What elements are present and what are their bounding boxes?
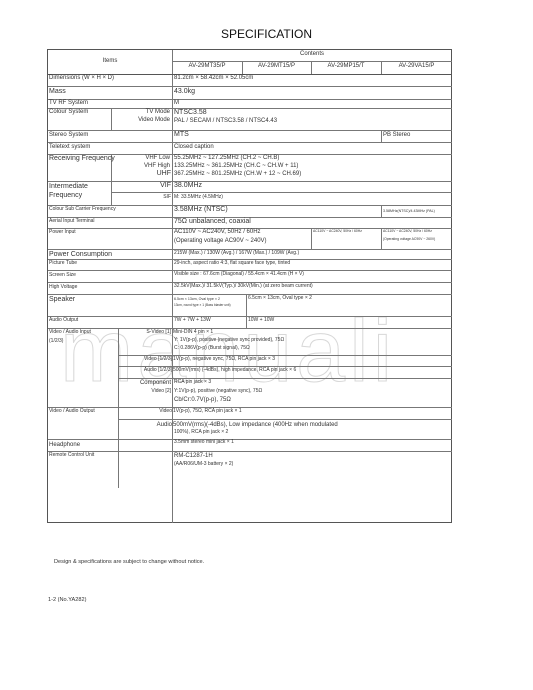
- divider: [118, 419, 452, 420]
- value-vif: 38.0MHz: [174, 182, 202, 190]
- divider: [48, 451, 452, 452]
- header-model-3: AV-29MP15/T: [311, 63, 381, 70]
- value-power-input-va-1: AC110V ~ AC240V, 50Hz / 60Hz: [383, 230, 432, 234]
- divider: [172, 50, 173, 523]
- value-video-output: 1V(p-p), 75Ω, RCA pin jack × 1: [173, 409, 242, 415]
- specification-table: Items Contents AV-29MT35/P AV-29MT15/P A…: [47, 49, 452, 523]
- value-svideo-3: C: 0.286V(p-p) (Burst signal), 75Ω: [174, 346, 250, 352]
- divider: [111, 192, 452, 193]
- value-audio-output-2: 100%), RCA pin jack × 2: [174, 430, 228, 436]
- page-title: SPECIFICATION: [0, 27, 533, 41]
- divider: [118, 378, 452, 379]
- row-label-intermediate-1: Intermediate: [49, 183, 88, 191]
- divider: [48, 130, 452, 131]
- divider: [48, 328, 452, 329]
- value-picture-tube: 29-inch, aspect ratio 4:3, flat square f…: [174, 261, 290, 267]
- value-component-2: Y:1V(p-p), positive (negative sync), 75Ω: [174, 389, 262, 395]
- row-label-power-input: Power Input: [49, 230, 76, 236]
- value-mass: 43.0kg: [174, 88, 195, 96]
- sub-label-uhf: UHF: [111, 170, 171, 178]
- value-vhf-low: 55.25MHz ~ 127.25MHz (CH.2 ~ CH.B): [174, 155, 279, 162]
- sub-label-vif: VIF: [111, 182, 171, 190]
- row-label-headphone: Headphone: [49, 442, 80, 449]
- header-items: Items: [48, 58, 172, 65]
- row-label-mass: Mass: [49, 88, 66, 96]
- value-power-input-mp: AC110V ~ AC240V, 50Hz / 60Hz: [313, 230, 362, 234]
- row-label-aerial: Aerial Input Terminal: [49, 219, 95, 225]
- row-label-teletext: Teletext system: [49, 144, 90, 151]
- value-audio-output: 7W + 7W + 13W: [174, 318, 211, 324]
- row-label-remote: Remote Control Unit: [49, 453, 94, 459]
- sub-label-video-output: Video: [118, 409, 172, 415]
- value-remote-1: RM-C1287-1H: [174, 453, 213, 460]
- header-model-1: AV-29MT35/P: [172, 63, 242, 70]
- value-dimensions: 81.2cm × 58.42cm × 52.05cm: [174, 75, 253, 82]
- divider: [48, 181, 452, 182]
- value-audio-output-other: 10W + 10W: [248, 318, 274, 324]
- sub-label-video-mode: Video Mode: [111, 117, 170, 124]
- value-component-1: RCA pin jack × 3: [174, 380, 211, 386]
- divider: [381, 130, 382, 142]
- header-contents: Contents: [172, 51, 452, 58]
- row-label-dimensions: Dimensions (W × H × D): [49, 75, 114, 82]
- divider: [48, 108, 452, 109]
- row-label-picture-tube: Picture Tube: [49, 261, 77, 267]
- row-label-va-output: Video / Audio Output: [49, 409, 95, 415]
- sub-label-vhf-low: VHF Low: [111, 155, 170, 162]
- value-stereo: MTS: [174, 131, 189, 139]
- sub-label-video-input: Video [1/2/3]: [118, 357, 172, 363]
- value-component-3: Cb/Cr:0.7V(p-p), 75Ω: [174, 397, 231, 404]
- row-label-intermediate-2: Frequency: [49, 192, 82, 200]
- value-video-input: 1V(p-p), negative sync, 75Ω, RCA pin jac…: [173, 357, 275, 363]
- sub-label-audio-input: Audio [1/2/3]: [118, 368, 172, 374]
- sub-label-sif: SIF: [111, 195, 171, 201]
- sub-label-component-1: Component: [118, 380, 171, 387]
- value-screen-size: Visible size : 67.6cm (Diagonal) / 55.4c…: [174, 272, 304, 278]
- value-high-voltage: 32.5kV(Max.)/ 31.5kV(Typ.)/ 30kV(Min.) (…: [174, 284, 313, 290]
- value-svideo-1: Mini-DIN 4 pin × 1: [173, 330, 213, 336]
- value-vhf-high: 133.25MHz ~ 361.25MHz (CH.C ~ CH.W + 11): [174, 163, 298, 170]
- row-label-high-voltage: High Voltage: [49, 285, 77, 291]
- row-label-speaker: Speaker: [49, 296, 75, 304]
- divider: [246, 294, 247, 328]
- sub-label-vhf-high: VHF High: [111, 163, 170, 170]
- header-model-2: AV-29MT15/P: [242, 63, 311, 70]
- divider: [311, 228, 312, 249]
- value-video-mode: PAL / SECAM / NTSC3.58 / NTSC4.43: [174, 118, 277, 125]
- header-model-4: AV-29VA15/P: [381, 63, 452, 70]
- sub-label-component-2: Video [2]: [118, 389, 171, 395]
- value-colour-sub-va: 3.58MHz(NTSC)/4.43MHz (PAL): [383, 209, 435, 213]
- value-tv-mode: NTSC3.58: [174, 109, 207, 117]
- value-headphone: 3.5mm stereo mini jack × 1: [174, 440, 234, 446]
- value-power-input-2: (Operating voltage AC90V ~ 240V): [174, 238, 267, 245]
- divider: [381, 205, 382, 217]
- value-speaker-1: 6.5cm × 13cm, Oval type × 2: [174, 297, 220, 301]
- footnote: Design & specifications are subject to c…: [54, 559, 204, 565]
- value-tv-rf: M: [174, 100, 179, 107]
- divider: [48, 86, 452, 87]
- row-label-screen-size: Screen Size: [49, 273, 76, 279]
- sub-label-audio-output: Audio: [118, 422, 172, 429]
- divider: [48, 99, 452, 100]
- sub-label-tv-mode: TV Mode: [111, 109, 170, 116]
- divider: [172, 61, 452, 62]
- value-speaker-2: 13cm, round type × 1 (Bass blaster unit): [174, 304, 231, 308]
- row-label-va-input-2: (1/2/3): [49, 339, 63, 345]
- value-audio-input: 500mV(rms) (-4dBs), high impedance, RCA …: [173, 368, 296, 374]
- value-svideo-2: Y: 1V(p-p), positive (negative sync prov…: [174, 338, 284, 344]
- row-label-va-input-1: Video / Audio Input: [49, 330, 91, 336]
- divider: [118, 328, 119, 488]
- value-colour-sub: 3.58MHz (NTSC): [174, 206, 228, 214]
- sub-label-svideo: S-Video [1]: [118, 330, 171, 336]
- value-power-input-va-2: (Operating voltage AC90V ~ 260V): [383, 238, 435, 242]
- value-power-input-1: AC110V ~ AC240V, 50Hz / 60Hz: [174, 229, 261, 236]
- value-teletext: Closed caption: [174, 144, 214, 151]
- divider: [381, 228, 382, 249]
- divider: [48, 407, 452, 408]
- row-label-receiving: Receiving Frequency: [49, 155, 115, 163]
- value-remote-2: (AA/R06/UM-3 battery × 2): [174, 462, 233, 468]
- row-label-power-consumption: Power Consumption: [49, 251, 112, 259]
- value-stereo-va: PB Stereo: [383, 132, 410, 139]
- divider: [48, 142, 452, 143]
- row-label-colour-sub: Colour Sub Carrier Frequency: [49, 207, 116, 213]
- row-label-colour: Colour System: [49, 109, 88, 116]
- row-label-stereo: Stereo System: [49, 132, 88, 139]
- value-speaker-other: 6.5cm × 13cm, Oval type × 2: [248, 296, 312, 302]
- value-uhf: 367.25MHz ~ 801.25MHz (CH.W + 12 ~ CH.69…: [174, 171, 301, 178]
- page-number: 1-2 (No.YA282): [48, 597, 86, 603]
- value-audio-output-1: 500mV(rms)(-4dBs), Low impedance (400Hz …: [173, 422, 338, 429]
- value-aerial: 75Ω unbalanced, coaxial: [174, 218, 251, 226]
- value-sif: M: 33.5MHz (4.5MHz): [174, 195, 223, 201]
- row-label-audio-output: Audio Output: [49, 318, 78, 324]
- divider: [48, 439, 452, 440]
- row-label-tv-rf: TV RF System: [49, 100, 88, 107]
- value-power-consumption: 215W (Max.) / 130W (Avg.) / 167W (Max.) …: [174, 251, 299, 257]
